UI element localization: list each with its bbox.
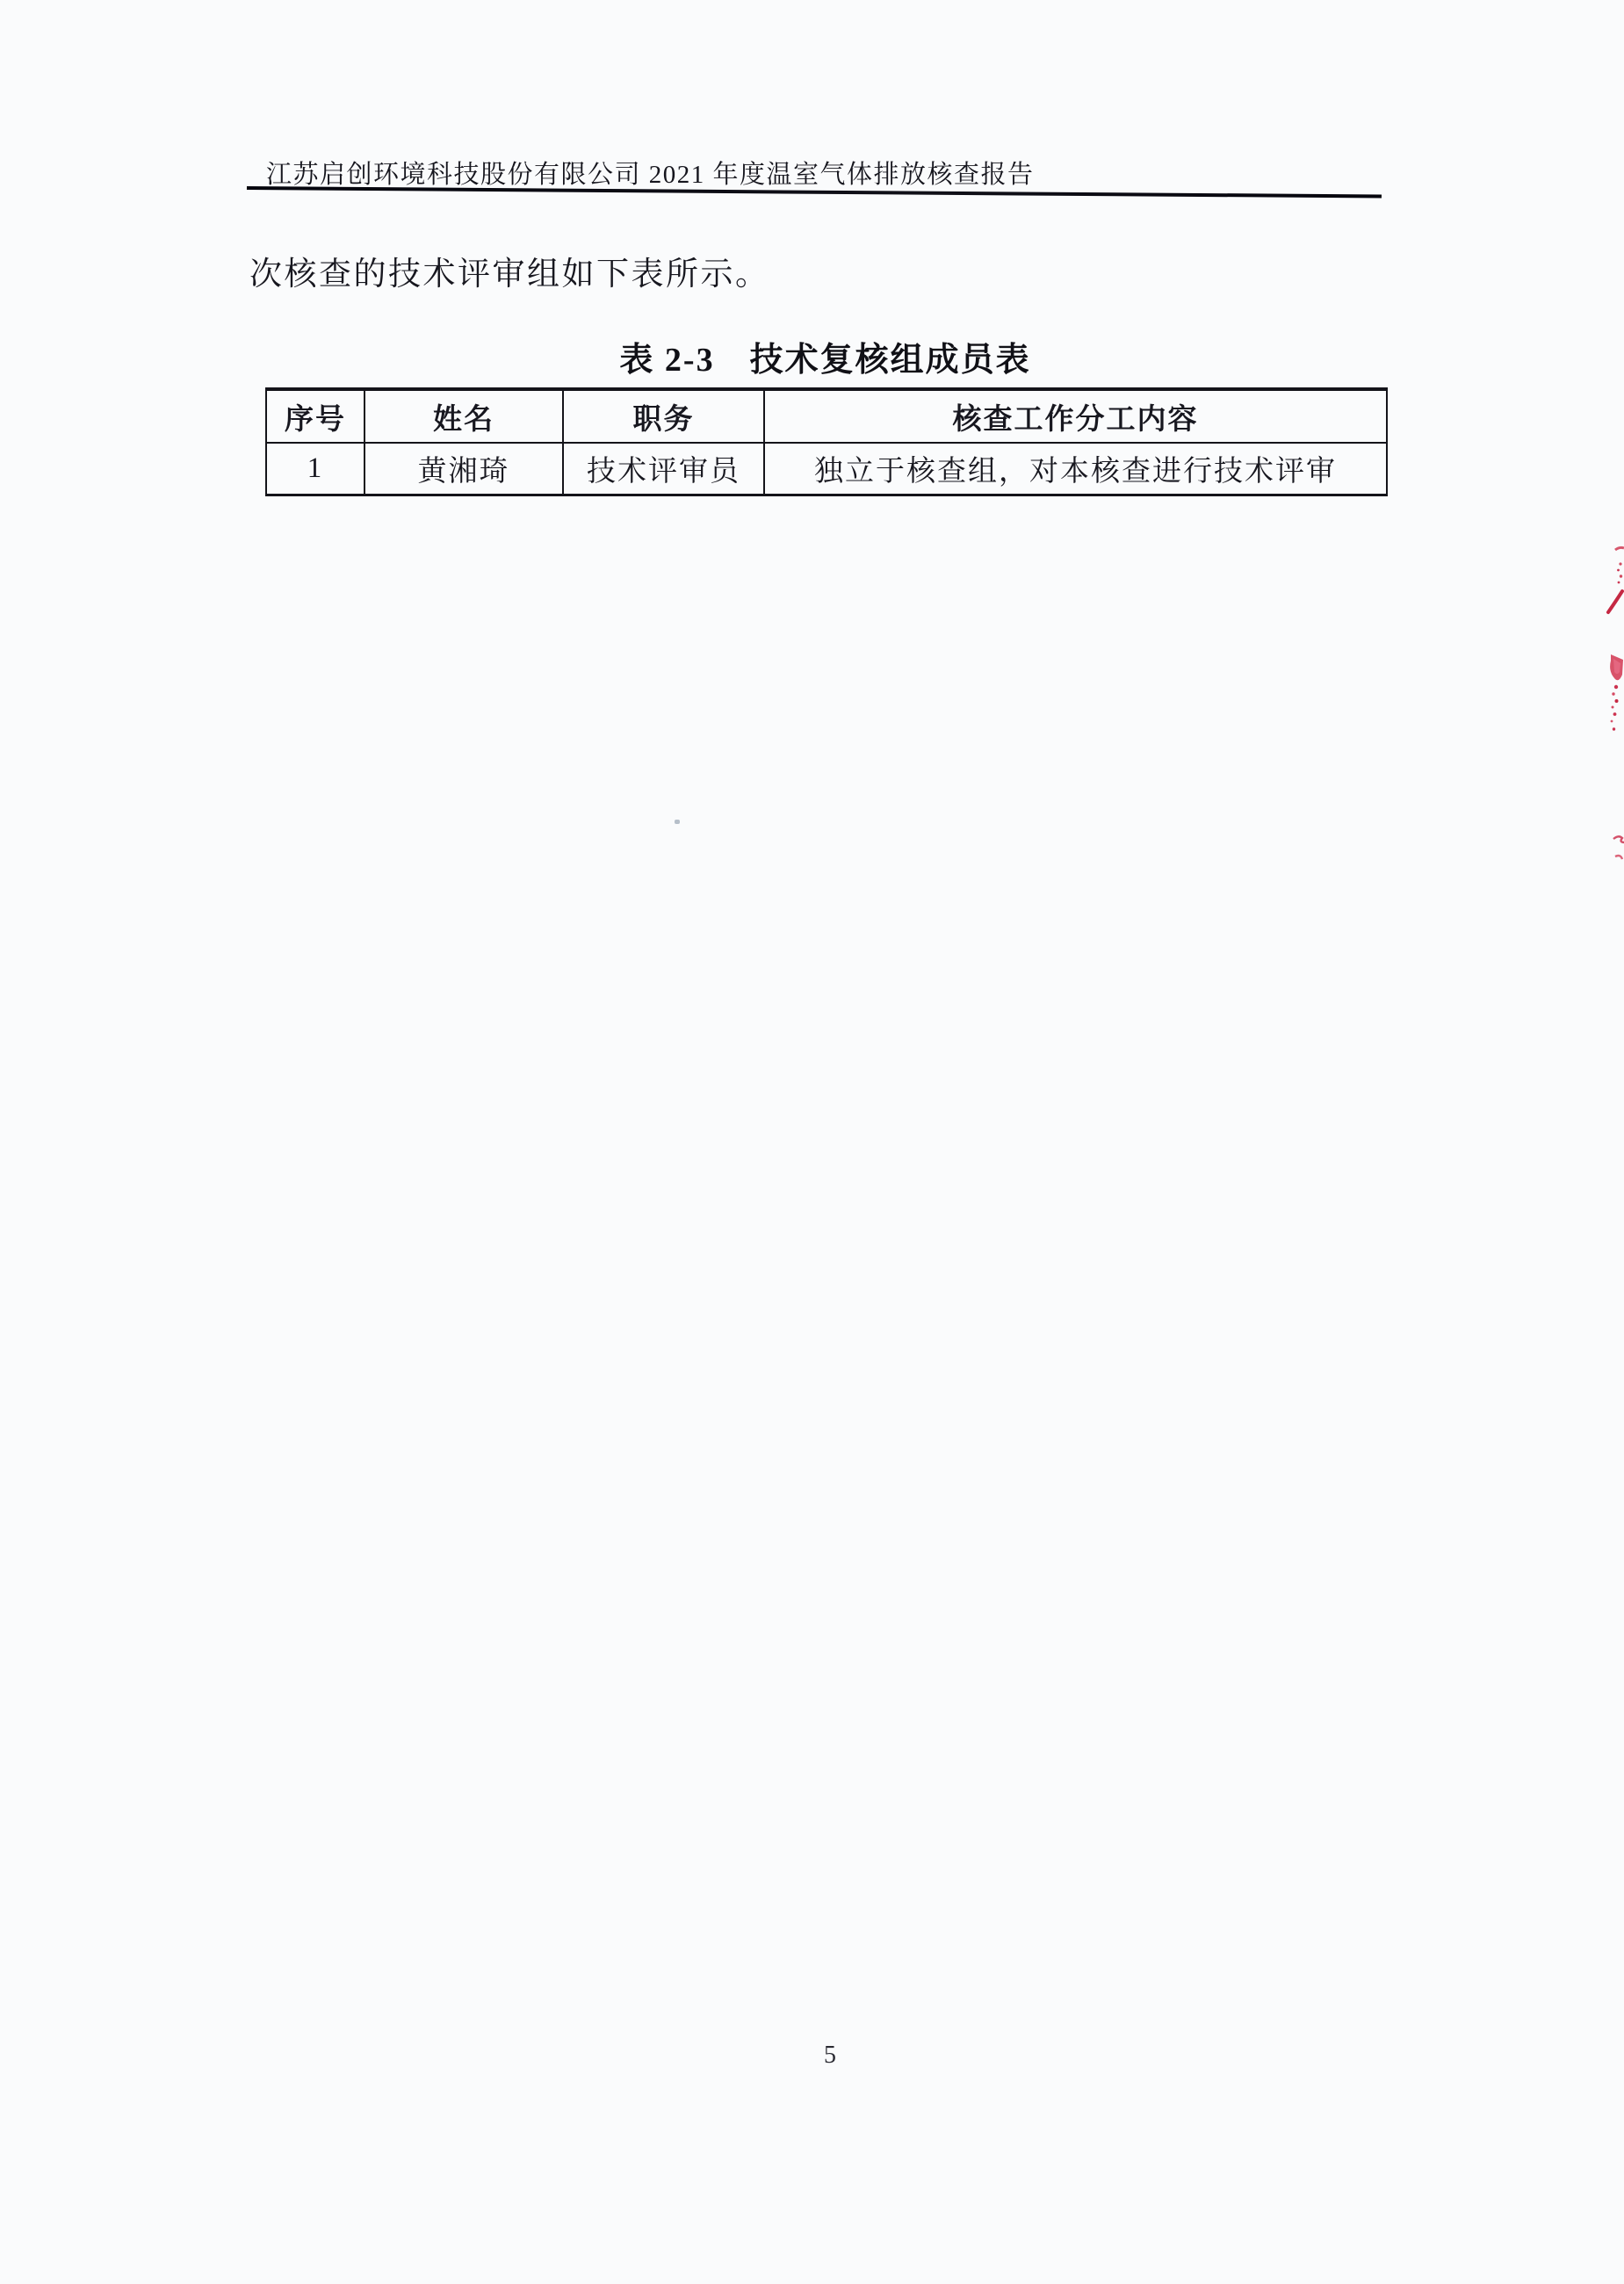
- table-cell-role: 技术评审员: [563, 443, 764, 495]
- table-header-cell-name: 姓名: [364, 389, 563, 443]
- table-header-cell-index: 序号: [266, 389, 364, 443]
- table-cell-duty: 独立于核查组，对本核查进行技术评审: [764, 443, 1387, 495]
- scanned-report-page: 江苏启创环境科技股份有限公司 2021 年度温室气体排放核查报告 次核查的技术评…: [0, 0, 1624, 2284]
- page-number: 5: [773, 2042, 887, 2070]
- table-cell-index: 1: [266, 443, 364, 495]
- scan-speck: [675, 820, 680, 824]
- red-stamp-fragment-icon: [1604, 543, 1624, 618]
- table-cell-name: 黄湘琦: [364, 443, 563, 495]
- document-header-title: 江苏启创环境科技股份有限公司 2021 年度温室气体排放核查报告: [266, 155, 1035, 191]
- table-header-cell-role: 职务: [563, 389, 764, 443]
- review-team-table: 序号 姓名 职务 核查工作分工内容 1 黄湘琦 技术评审员 独立于核查组，对本核…: [265, 387, 1388, 496]
- table-row: 1 黄湘琦 技术评审员 独立于核查组，对本核查进行技术评审: [266, 443, 1387, 495]
- table-caption: 表 2-3 技术复核组成员表: [265, 332, 1385, 380]
- red-stamp-fragment-icon: [1610, 833, 1624, 873]
- red-stamp-fragment-icon: [1603, 652, 1624, 736]
- table-header-cell-duty: 核查工作分工内容: [764, 389, 1387, 443]
- table-header-row: 序号 姓名 职务 核查工作分工内容: [266, 389, 1387, 443]
- body-paragraph: 次核查的技术评审组如下表所示。: [249, 247, 770, 294]
